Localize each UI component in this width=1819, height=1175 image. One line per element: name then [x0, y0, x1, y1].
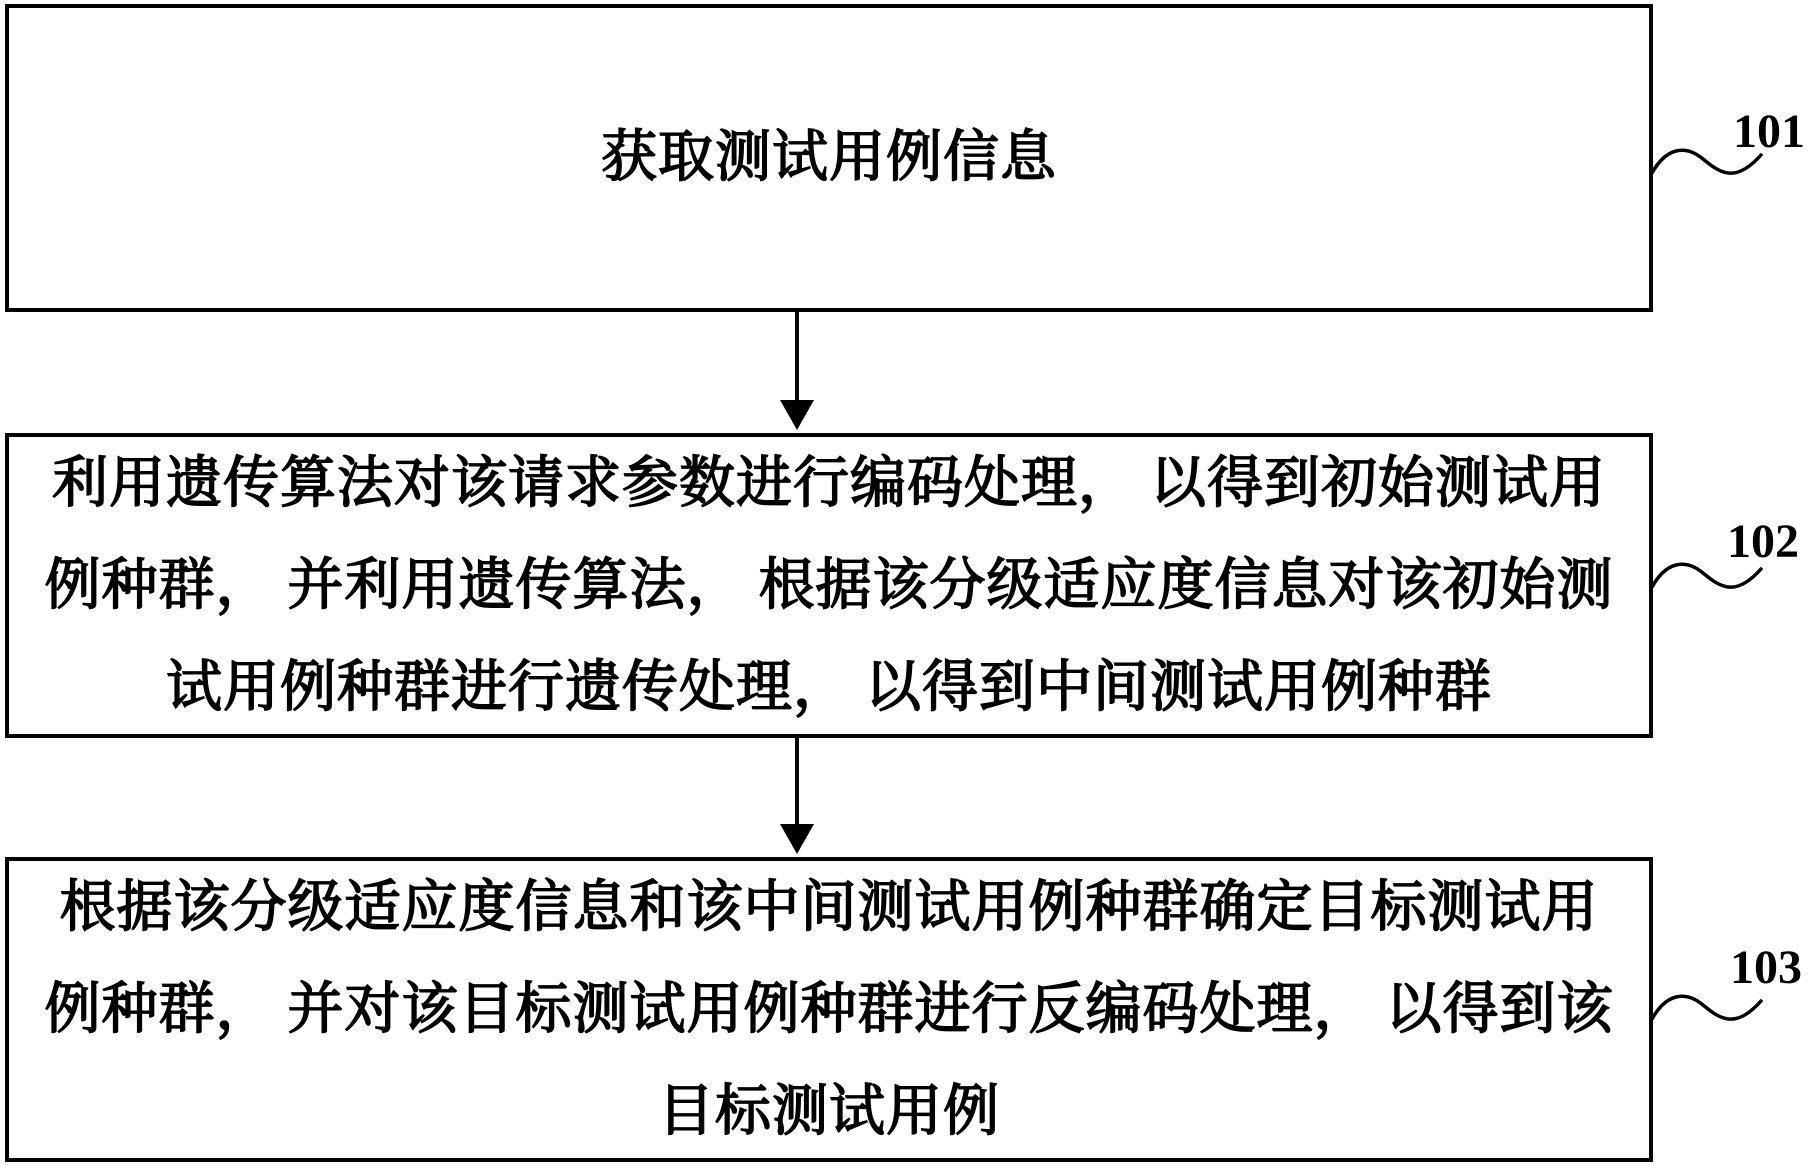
step-103-text-line-1: 根据该分级适应度信息和该中间测试用例种群确定目标测试用	[60, 857, 1599, 959]
ref-label-103: 103	[1730, 944, 1802, 992]
arrow-down-icon	[780, 400, 814, 430]
step-103-text-line-2: 例种群， 并对该目标测试用例种群进行反编码处理， 以得到该	[45, 959, 1614, 1061]
step-102-text-line-3: 试用例种群进行遗传处理， 以得到中间测试用例种群	[166, 637, 1492, 739]
ref-squiggle-icon	[1650, 556, 1764, 600]
ref-squiggle-icon	[1650, 988, 1764, 1032]
step-box-101: 获取测试用例信息	[5, 4, 1653, 312]
arrow-down-icon	[780, 824, 814, 854]
arrow-down-icon	[795, 312, 799, 404]
step-box-103: 根据该分级适应度信息和该中间测试用例种群确定目标测试用 例种群， 并对该目标测试…	[5, 857, 1653, 1162]
step-103-text-line-3: 目标测试用例	[658, 1061, 1000, 1163]
arrow-down-icon	[795, 738, 799, 828]
step-102-text-line-2: 例种群， 并利用遗传算法， 根据该分级适应度信息对该初始测	[45, 535, 1614, 637]
step-102-text-line-1: 利用遗传算法对该请求参数进行编码处理， 以得到初始测试用	[52, 433, 1606, 535]
step-box-102: 利用遗传算法对该请求参数进行编码处理， 以得到初始测试用 例种群， 并利用遗传算…	[5, 433, 1653, 738]
ref-squiggle-icon	[1650, 142, 1764, 186]
flowchart-figure: 获取测试用例信息 利用遗传算法对该请求参数进行编码处理， 以得到初始测试用 例种…	[0, 0, 1819, 1175]
step-101-text: 获取测试用例信息	[601, 107, 1057, 209]
